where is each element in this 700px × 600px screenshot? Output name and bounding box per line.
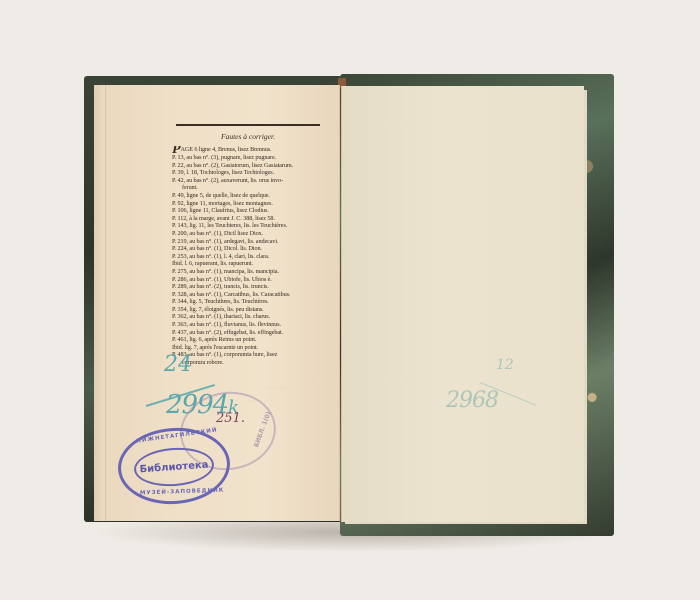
errata-line: P. 289, au bas n°. (2), trancis, lis. tr… [172, 283, 324, 291]
errata-line: PAGE 6 ligne 4, Brenus, lisez Brennus. [172, 146, 324, 154]
pencil-number-top: 24 [164, 352, 192, 377]
errata-title: Fautes à corriger. [172, 132, 324, 141]
errata-line: P. 354, lig. 7, éloignés, lis. peu dista… [172, 306, 324, 314]
ink-catalog-number: 251. [216, 411, 245, 426]
errata-line: Ibid. lig. 7, après l'escarnie un point. [172, 344, 324, 352]
errata-line: P. 344, lig. 5, Teuchthres, lis. Teuchtè… [172, 298, 324, 306]
right-page-pencil-top: 12 [496, 357, 514, 373]
errata-line: P. 13, au bas n°. (3), pugnare, lisez pu… [172, 154, 324, 162]
errata-line: ferunt. [172, 184, 324, 192]
errata-line: P. 275, au bas n°. (1), mancipa, lis. ma… [172, 268, 324, 276]
errata-line: P. 328, au bas n°. (1), Carcatibus, lis.… [172, 291, 324, 299]
errata-line: P. 106, ligne 11, Claufrius, lisez Clodi… [172, 207, 324, 215]
errata-line: P. 224, au bas n°. (1), Dicol. lis. Dion… [172, 245, 324, 253]
right-page-pencil-number: 2968 [446, 388, 498, 413]
errata-line: corporura robore. [172, 359, 324, 367]
errata-line: P. 286, au bas n°. (1), Ubiofe, lis. Ubi… [172, 276, 324, 284]
left-page-fold [94, 85, 106, 521]
errata-line: P. 200, au bas n°. (1), Dicil lisez Diox… [172, 230, 324, 238]
book-photo-scene: Fautes à corriger. PAGE 6 ligne 4, Brenu… [0, 0, 700, 600]
errata-line: P. 143, lig. 11, les Teuchteres, lis. le… [172, 222, 324, 230]
errata-line: P. 42, au bas n°. (2), auxaverunt, lis. … [172, 177, 324, 185]
errata-line: P. 219, au bas n°. (1), ardegavi, lis. a… [172, 238, 324, 246]
errata-line: P. 39, l. 18, Tochtologes, lisez Techtol… [172, 169, 324, 177]
errata-line: Ibid. l. 6, rapuerant, lis. rapuerunt. [172, 260, 324, 268]
right-blank-page [341, 86, 584, 522]
show-through-text: · · · · · · · [262, 385, 285, 391]
errata-block: Fautes à corriger. PAGE 6 ligne 4, Brenu… [172, 124, 324, 367]
errata-line: P. 253, au bas n°. (1), l. 4, clari, lis… [172, 253, 324, 261]
errata-line: P. 112, à la marge, avant J. C. 388, lis… [172, 215, 324, 223]
errata-line: P. 22, au bas n°. (2), Gasiatorum, lisez… [172, 162, 324, 170]
errata-line: P. 437, au bas n°. (2), effugebat, lis. … [172, 329, 324, 337]
errata-line: P. 483, au bas n°. (1), corporumta bure,… [172, 351, 324, 359]
errata-line: P. 363, au bas n°. (1), fluvianus, lis. … [172, 321, 324, 329]
errata-line: P. 49, ligne 5, de quelle, lisez de quel… [172, 192, 324, 200]
errata-line: P. 92, ligne 11, mortages, lisez montagn… [172, 200, 324, 208]
errata-line: P. 362, au bas n°. (1), thariaci, lis. c… [172, 313, 324, 321]
errata-line: P. 461, lig. 6, après Reims un point. [172, 336, 324, 344]
header-rule [176, 124, 320, 126]
